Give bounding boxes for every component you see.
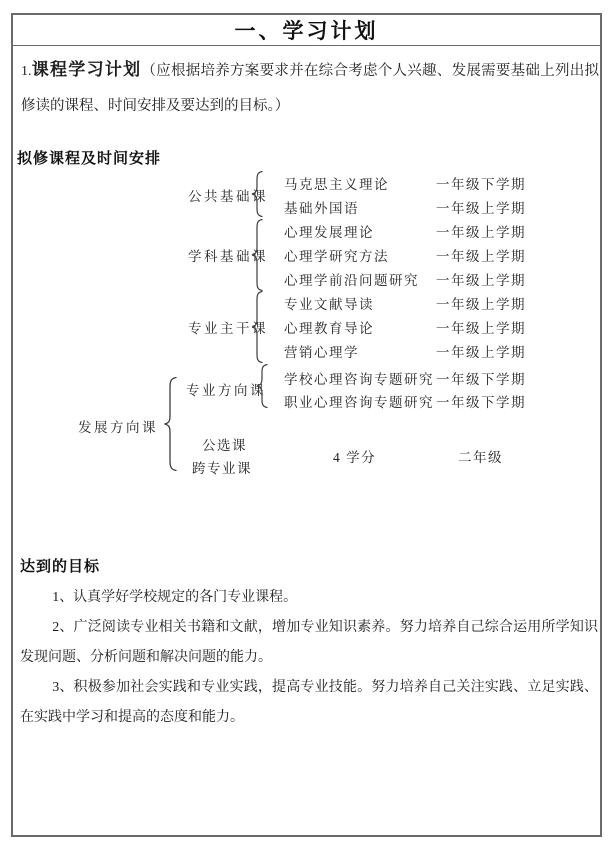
- credits-term: 二年级: [458, 446, 503, 466]
- course-term: 一年级下学期: [436, 173, 526, 193]
- course-term: 一年级上学期: [436, 197, 526, 217]
- course-plan-intro: 1.课程学习计划（应根据培养方案要求并在综合考虑个人兴趣、发展需要基础上列出拟修…: [21, 53, 599, 123]
- credits-value: 4 学分: [333, 446, 376, 466]
- course-term: 一年级上学期: [436, 245, 526, 265]
- course-name: 心理学前沿问题研究: [284, 269, 419, 289]
- goal-item-2: 2、广泛阅读专业相关书籍和文献，增加专业知识素养。努力培养自己综合运用所学知识发…: [20, 613, 598, 673]
- schedule-heading: 拟修课程及时间安排: [17, 147, 161, 168]
- document-page: 一、学习计划 1.课程学习计划（应根据培养方案要求并在综合考虑个人兴趣、发展需要…: [0, 0, 612, 848]
- course-term: 一年级下学期: [436, 368, 526, 388]
- course-name: 马克思主义理论: [284, 173, 389, 193]
- course-name: 心理教育导论: [284, 317, 374, 337]
- course-term: 一年级上学期: [436, 317, 526, 337]
- course-name: 营销心理学: [284, 341, 359, 361]
- course-term: 一年级上学期: [436, 269, 526, 289]
- course-name: 心理发展理论: [284, 221, 374, 241]
- intro-heading: 课程学习计划: [32, 60, 142, 79]
- brace-development-direction: [163, 377, 179, 471]
- course-term: 一年级下学期: [436, 391, 526, 411]
- brace-major-core: [251, 291, 265, 363]
- group-label-major-direction: 专业方向课: [186, 379, 266, 399]
- course-term: 一年级上学期: [436, 341, 526, 361]
- section-title-bar: 一、学习计划: [13, 15, 600, 46]
- sub-label-cross-major: 跨专业课: [192, 457, 252, 477]
- brace-discipline-basic: [251, 219, 265, 291]
- course-name: 心理学研究方法: [284, 245, 389, 265]
- goals-section: 达到的目标 1、认真学好学校规定的各门专业课程。 2、广泛阅读专业相关书籍和文献…: [20, 555, 598, 733]
- course-name: 基础外国语: [284, 197, 359, 217]
- sub-label-elective: 公选课: [202, 434, 247, 454]
- brace-major-direction: [256, 364, 270, 408]
- goal-item-1: 1、认真学好学校规定的各门专业课程。: [20, 583, 598, 613]
- course-name: 专业文献导读: [284, 293, 374, 313]
- course-name: 职业心理咨询专题研究: [284, 391, 434, 411]
- course-term: 一年级上学期: [436, 221, 526, 241]
- page-title: 一、学习计划: [235, 15, 379, 45]
- intro-number: 1.: [21, 64, 32, 79]
- brace-public-basic: [251, 171, 265, 217]
- goal-item-3: 3、积极参加社会实践和专业实践，提高专业技能。努力培养自己关注实践、立足实践、在…: [20, 673, 598, 733]
- course-name: 学校心理咨询专题研究: [284, 368, 434, 388]
- goals-heading: 达到的目标: [20, 555, 598, 576]
- course-term: 一年级上学期: [436, 293, 526, 313]
- group-label-development-direction: 发展方向课: [78, 416, 158, 436]
